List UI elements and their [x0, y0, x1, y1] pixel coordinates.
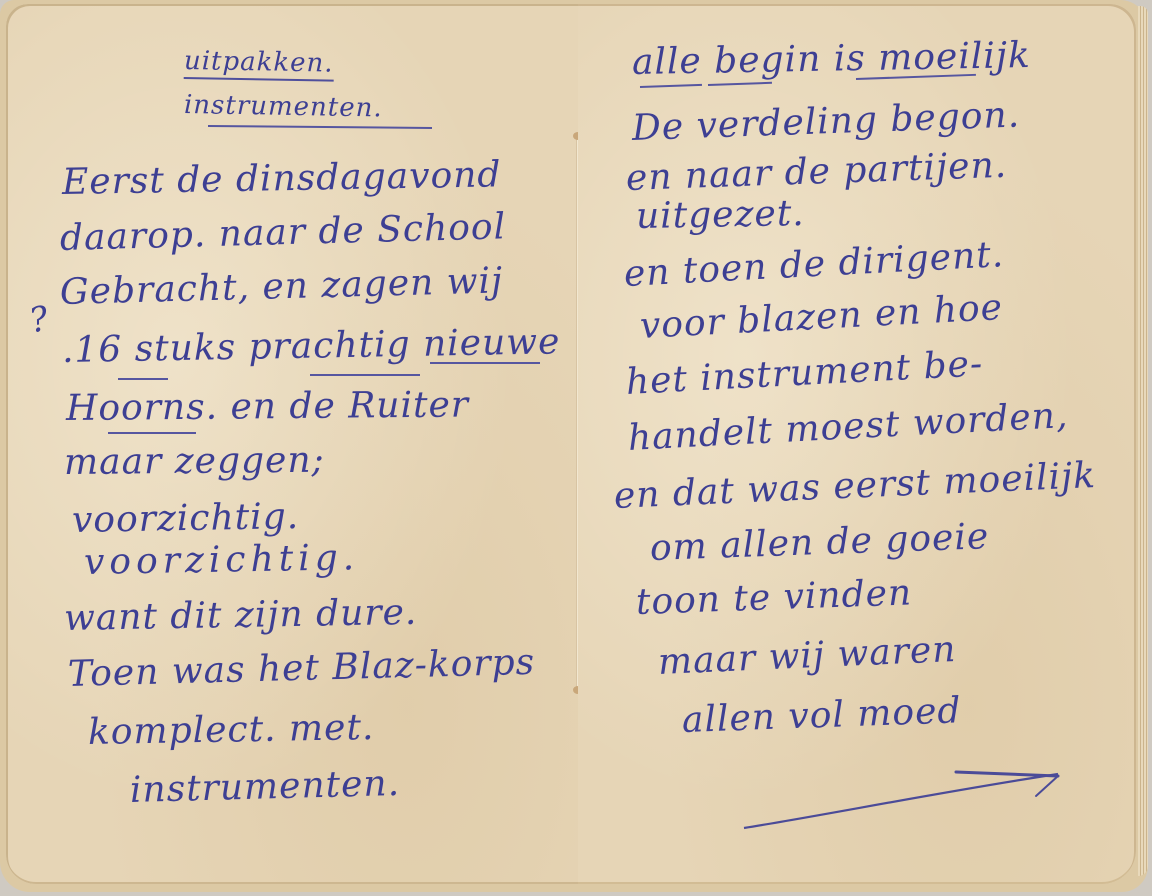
- right-line-4: uitgezet.: [636, 193, 805, 237]
- left-title-line-1: uitpakken.: [184, 46, 334, 79]
- left-line-12: instrumenten.: [129, 763, 400, 811]
- left-line-5: Hoorns. en de Ruiter: [66, 384, 469, 429]
- left-line-6: maar zeggen;: [64, 440, 325, 483]
- left-line-9: want dit zijn dure.: [64, 592, 418, 639]
- underline-nieuwe: [430, 362, 540, 364]
- underline-stuks: [118, 378, 168, 380]
- left-line-1: Eerst de dinsdagavond: [62, 154, 502, 203]
- left-line-7: voorzichtig.: [72, 496, 300, 541]
- left-title-1: uitpakken.: [184, 46, 334, 82]
- notebook-spread: uitpakken. instrumenten. ? Eerst de dins…: [0, 0, 1152, 896]
- underline-prachtig: [310, 374, 420, 376]
- underline-hoorns: [108, 432, 196, 434]
- left-title-line-2: instrumenten.: [184, 90, 383, 123]
- page-edges: [1138, 6, 1148, 876]
- left-line-11: komplect. met.: [88, 707, 375, 753]
- left-line-8: voorzichtig.: [84, 537, 360, 583]
- left-title-2: instrumenten.: [184, 90, 383, 123]
- right-arrow-icon: [740, 770, 1070, 840]
